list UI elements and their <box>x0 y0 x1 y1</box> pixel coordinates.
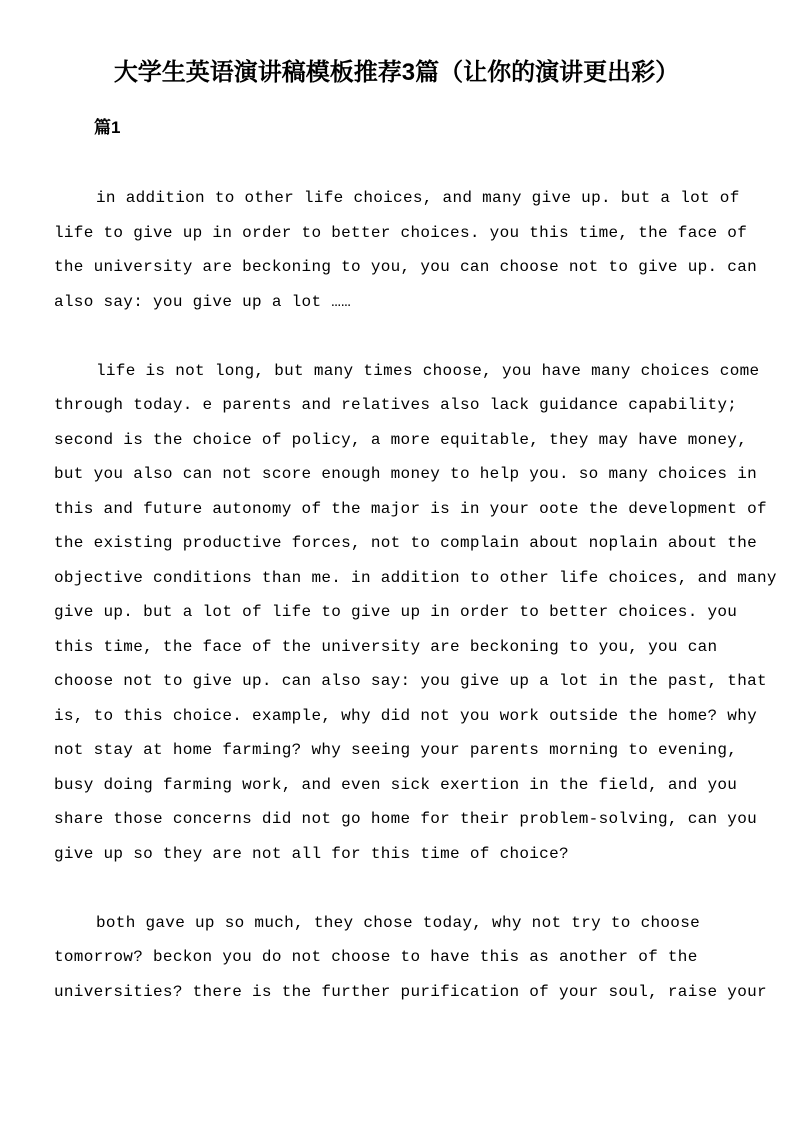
section-label: 篇1 <box>54 118 739 138</box>
text-line: this time, the face of the university ar… <box>54 630 739 665</box>
text-line: universities? there is the further purif… <box>54 975 739 1010</box>
page-title: 大学生英语演讲稿模板推荐3篇（让你的演讲更出彩） <box>54 56 739 90</box>
document-page: 大学生英语演讲稿模板推荐3篇（让你的演讲更出彩） 篇1 in addition … <box>0 0 793 1122</box>
text-line: second is the choice of policy, a more e… <box>54 423 739 458</box>
paragraph: both gave up so much, they chose today, … <box>54 906 739 1010</box>
text-line: not stay at home farming? why seeing you… <box>54 733 739 768</box>
text-line: tomorrow? beckon you do not choose to ha… <box>54 940 739 975</box>
paragraph: life is not long, but many times choose,… <box>54 354 739 872</box>
text-line: is, to this choice. example, why did not… <box>54 699 739 734</box>
text-line: life to give up in order to better choic… <box>54 216 739 251</box>
text-line: through today. e parents and relatives a… <box>54 388 739 423</box>
text-line: this and future autonomy of the major is… <box>54 492 739 527</box>
document-body: in addition to other life choices, and m… <box>54 181 739 1009</box>
text-line: share those concerns did not go home for… <box>54 802 739 837</box>
text-line: objective conditions than me. in additio… <box>54 561 739 596</box>
paragraph: in addition to other life choices, and m… <box>54 181 739 319</box>
text-line: life is not long, but many times choose,… <box>54 354 739 389</box>
text-line: choose not to give up. can also say: you… <box>54 664 739 699</box>
text-line: busy doing farming work, and even sick e… <box>54 768 739 803</box>
text-line: the university are beckoning to you, you… <box>54 250 739 285</box>
text-line: also say: you give up a lot …… <box>54 285 739 320</box>
text-line: but you also can not score enough money … <box>54 457 739 492</box>
text-line: give up. but a lot of life to give up in… <box>54 595 739 630</box>
text-line: both gave up so much, they chose today, … <box>54 906 739 941</box>
text-line: the existing productive forces, not to c… <box>54 526 739 561</box>
text-line: in addition to other life choices, and m… <box>54 181 739 216</box>
text-line: give up so they are not all for this tim… <box>54 837 739 872</box>
